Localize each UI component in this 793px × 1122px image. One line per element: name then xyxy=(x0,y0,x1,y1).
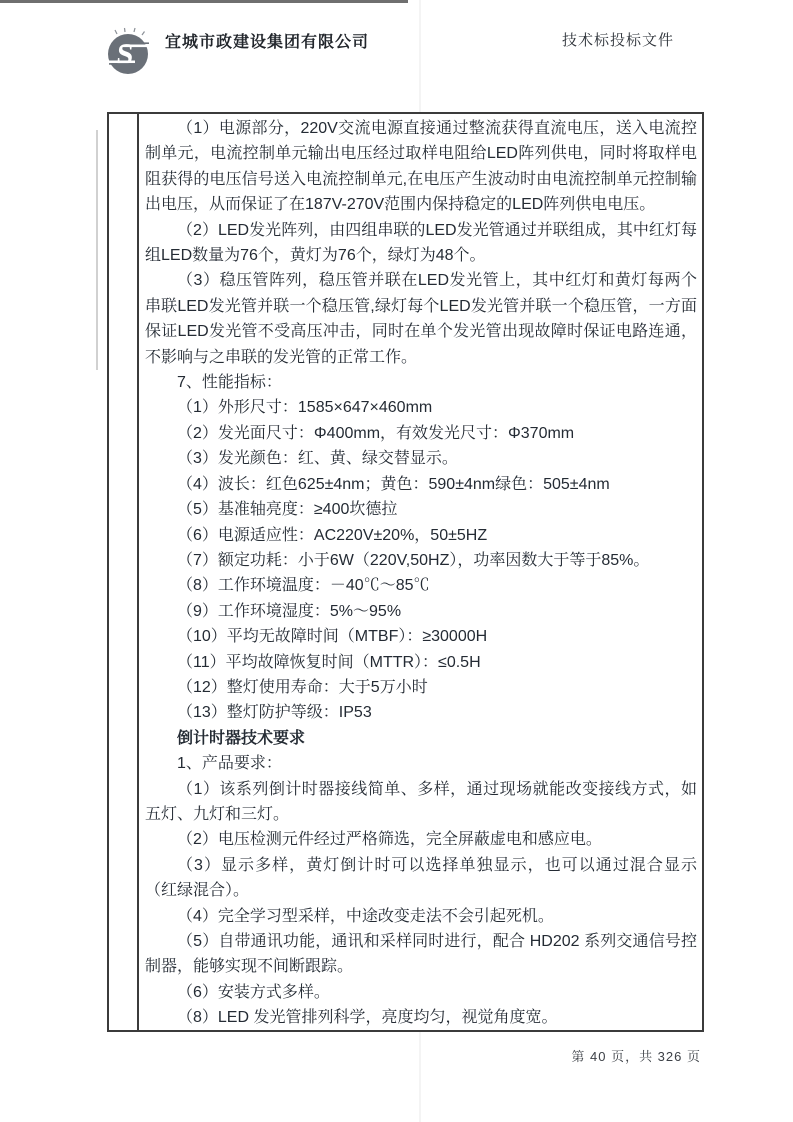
table-content: （1）电源部分，220V交流电源直接通过整流获得直流电压，送入电流控制单元，电流… xyxy=(139,114,702,1030)
paragraph: （1）电源部分，220V交流电源直接通过整流获得直流电压，送入电流控制单元，电流… xyxy=(145,116,697,218)
page-header: S 宜城市政建设集团有限公司 技术标投标文件 xyxy=(0,0,793,90)
paragraph: （6）电源适应性：AC220V±20%，50±5HZ xyxy=(145,523,697,548)
fold-line-artifact-left xyxy=(96,130,98,370)
page-number-footer: 第 40 页，共 326 页 xyxy=(0,1046,701,1065)
paragraph: （4）完全学习型采样，中途改变走法不会引起死机。 xyxy=(145,904,697,929)
paragraph: 1、产品要求： xyxy=(145,751,697,776)
paragraph: （11）平均故障恢复时间（MTTR）：≤0.5H xyxy=(145,650,697,675)
paragraph: （12）整灯使用寿命：大于5万小时 xyxy=(145,675,697,700)
paragraph: （1）该系列倒计时器接线简单、多样，通过现场就能改变接线方式，如五灯、九灯和三灯… xyxy=(145,777,697,828)
svg-text:S: S xyxy=(115,37,135,71)
paragraph: （10）平均无故障时间（MTBF）：≥30000H xyxy=(145,624,697,649)
paragraph: （6）安装方式多样。 xyxy=(145,980,697,1005)
paragraph: （3）稳压管阵列，稳压管并联在LED发光管上，其中红灯和黄灯每两个串联LED发光… xyxy=(145,268,697,370)
paragraph: （7）额定功耗：小于6W（220V,50HZ），功率因数大于等于85%。 xyxy=(145,548,697,573)
paragraph: （8）工作环境温度：－40℃～85℃ xyxy=(145,573,697,598)
paragraph: 7、性能指标： xyxy=(145,370,697,395)
table-left-column xyxy=(109,114,139,1030)
paragraph: （2）发光面尺寸：Φ400mm，有效发光尺寸：Φ370mm xyxy=(145,421,697,446)
paragraph: （5）自带通讯功能，通讯和采样同时进行，配合 HD202 系列交通信号控制器，能… xyxy=(145,929,697,980)
paragraph: （1）外形尺寸：1585×647×460mm xyxy=(145,395,697,420)
section-heading: 倒计时器技术要求 xyxy=(145,726,697,751)
scanned-document-page: S 宜城市政建设集团有限公司 技术标投标文件 （1）电源部分，220V交流电源直… xyxy=(0,0,793,1122)
content-table: （1）电源部分，220V交流电源直接通过整流获得直流电压，送入电流控制单元，电流… xyxy=(107,112,704,1032)
document-type-label: 技术标投标文件 xyxy=(562,29,674,50)
company-name: 宜城市政建设集团有限公司 xyxy=(165,29,369,52)
paragraph: （5）基准轴亮度：≥400坎德拉 xyxy=(145,497,697,522)
paragraph: （3）发光颜色：红、黄、绿交替显示。 xyxy=(145,446,697,471)
paragraph: （4）波长：红色625±4nm；黄色：590±4nm绿色：505±4nm xyxy=(145,472,697,497)
company-logo-icon: S xyxy=(103,27,153,77)
paragraph: （2）LED发光阵列，由四组串联的LED发光管通过并联组成，其中红灯每组LED数… xyxy=(145,218,697,269)
paragraph: （3）显示多样，黄灯倒计时可以选择单独显示，也可以通过混合显示（红绿混合）。 xyxy=(145,853,697,904)
paragraph: （2）电压检测元件经过严格筛选，完全屏蔽虚电和感应电。 xyxy=(145,827,697,852)
paragraph: （13）整灯防护等级：IP53 xyxy=(145,700,697,725)
paragraph: （9）工作环境湿度：5%～95% xyxy=(145,599,697,624)
paragraph: （8）LED 发光管排列科学，亮度均匀，视觉角度宽。 xyxy=(145,1005,697,1030)
